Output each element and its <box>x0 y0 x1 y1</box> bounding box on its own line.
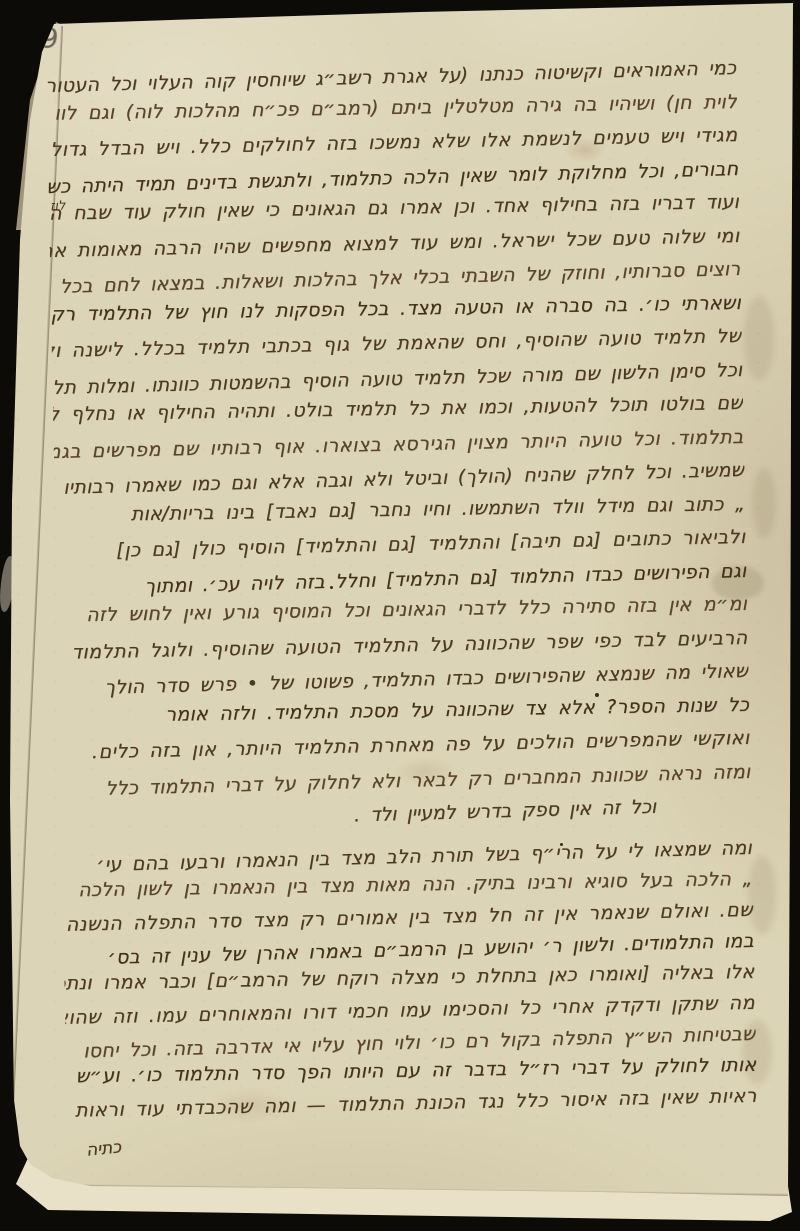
page-number: 9 <box>40 23 60 55</box>
photo-background: 9 כמי האמוראים וקשיטוה כנתנו (על אגרת רש… <box>0 0 800 1231</box>
interlinear-insertion: לוז <box>50 199 66 215</box>
catchword: כתיה <box>85 1137 122 1161</box>
ink-ghosting <box>744 296 774 380</box>
handwritten-text-block: כמי האמוראים וקשיטוה כנתנו (על אגרת רשב״… <box>46 52 757 1125</box>
paragraph-1: כמי האמוראים וקשיטוה כנתנו (על אגרת רשב״… <box>46 52 751 803</box>
paragraph-2: ומה שמצאו לי על הרי״ף בשל תורת הלב מצד ב… <box>62 832 757 1125</box>
manuscript-page: 9 כמי האמוראים וקשיטוה כנתנו (על אגרת רש… <box>0 0 800 1231</box>
ink-ghosting <box>752 468 776 538</box>
